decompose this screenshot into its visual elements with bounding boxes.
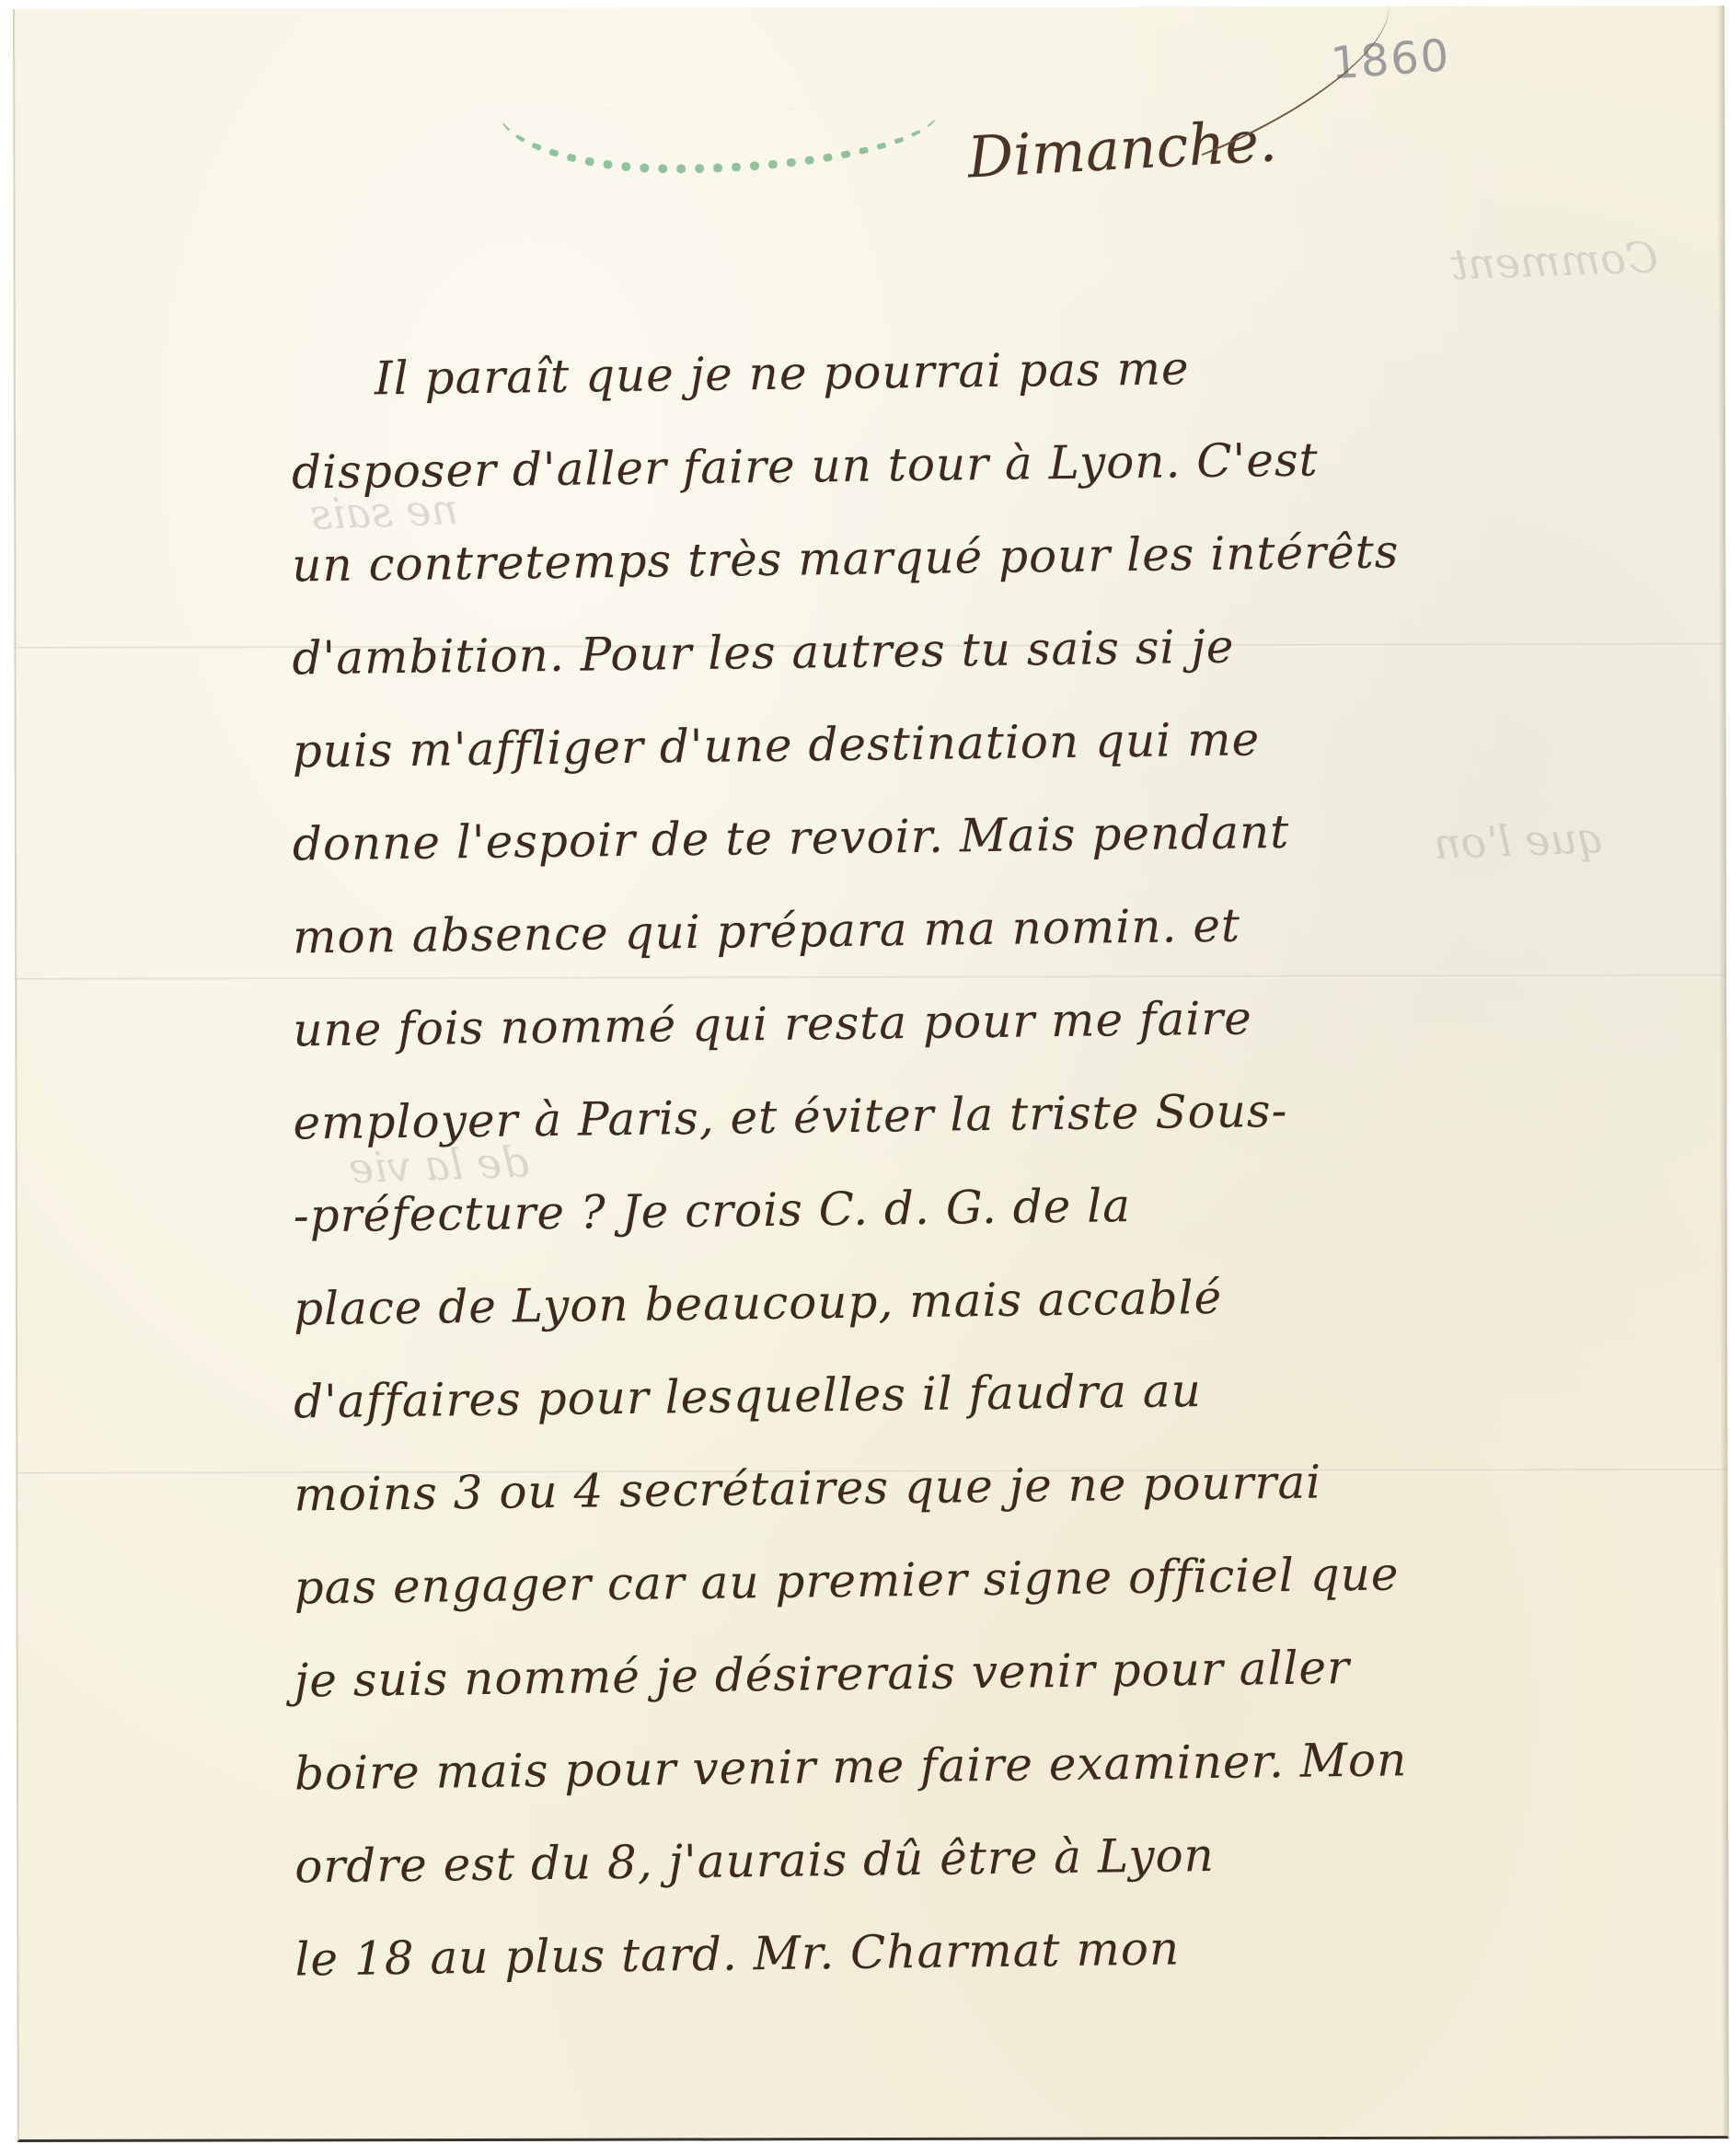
letter-line: disposer d'aller faire un tour à Lyon. C… — [291, 409, 1727, 520]
bleed-through-text: Comment — [1450, 232, 1659, 289]
letter-line: mon absence qui prépara ma nomin. et — [293, 873, 1729, 985]
letter-line: moins 3 ou 4 secrétaires que je ne pourr… — [294, 1431, 1730, 1542]
letter-sheet: Comment ne sais que l'on de la vie 1860 … — [13, 6, 1729, 2142]
letter-line: un contretemps très marqué pour les inté… — [292, 502, 1728, 613]
letter-line: le 18 au plus tard. Mr. Charmat mon — [294, 1896, 1730, 2007]
letter-line: employer à Paris, et éviter la triste So… — [293, 1059, 1729, 1170]
letter-line: boire mais pour venir me faire examiner.… — [294, 1710, 1730, 1821]
letter-body: Il paraît que je ne pourrai pas me dispo… — [292, 323, 1730, 1999]
letter-line: une fois nommé qui resta pour me faire — [293, 966, 1729, 1078]
letter-line: je suis nommé je désirerais venir pour a… — [294, 1617, 1730, 1728]
letter-line: ordre est du 8, j'aurais dû être à Lyon — [294, 1803, 1730, 1914]
letter-line: puis m'affliger d'une destination qui me — [292, 687, 1728, 799]
letter-line: pas engager car au premier signe officie… — [294, 1524, 1730, 1635]
letter-line: donne l'espoir de te revoir. Mais pendan… — [292, 780, 1728, 892]
green-crayon-mark — [498, 109, 940, 174]
letter-line: d'ambition. Pour les autres tu sais si j… — [292, 594, 1728, 706]
letter-line: Il paraît que je ne pourrai pas me — [291, 316, 1727, 427]
letter-line: d'affaires pour lesquelles il faudra au — [294, 1338, 1730, 1449]
letter-line: -préfecture ? Je crois C. d. G. de la — [293, 1152, 1729, 1263]
letter-line: place de Lyon beaucoup, mais accablé — [293, 1245, 1729, 1356]
